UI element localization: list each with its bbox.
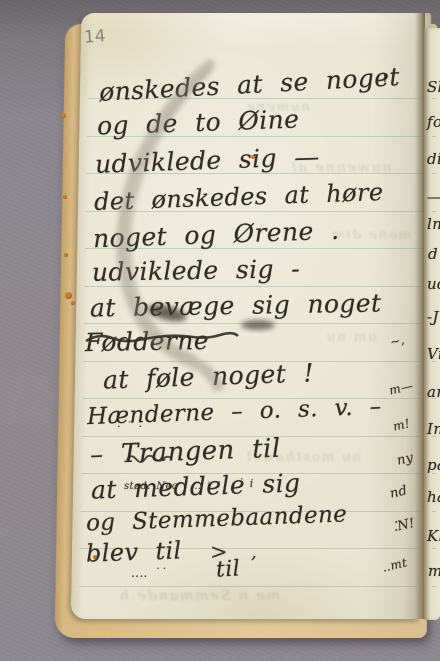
facing-page-text-fragment: pa <box>427 456 440 474</box>
rust-spot <box>64 253 68 257</box>
notebook-page <box>71 13 432 619</box>
facing-page-text-fragment: m <box>428 562 440 580</box>
facing-page-text-fragment: fo <box>427 113 440 131</box>
ruled-line <box>88 98 426 99</box>
facing-page-text-fragment: — <box>427 188 440 206</box>
ruled-line <box>87 136 425 137</box>
facing-page-text-fragment: ln <box>427 215 440 233</box>
ruled-line <box>79 586 417 587</box>
notebook-photograph: 14 numenenuwenne almone dimum nunu mosth… <box>0 0 440 661</box>
ruled-line <box>85 286 423 287</box>
ruled-line <box>82 436 420 437</box>
facing-page-text-fragment: ud <box>427 275 440 293</box>
rust-spot <box>61 113 66 118</box>
ruled-line <box>80 548 418 549</box>
ruled-line <box>83 361 421 362</box>
ruled-line <box>86 211 424 212</box>
ruled-line <box>81 511 419 512</box>
rust-spot <box>93 555 97 559</box>
facing-page-text-fragment: Sl <box>427 78 440 96</box>
facing-page-text-fragment: d <box>428 245 438 263</box>
facing-page-text-fragment: Vi <box>427 345 440 363</box>
facing-page-text-fragment: ha <box>427 488 440 506</box>
facing-text-fragments: Slfodi—lndud-JVianInpahaKlm <box>424 28 440 620</box>
facing-page-text-fragment: di <box>427 150 440 168</box>
page-number: 14 <box>83 26 106 47</box>
ruled-line <box>83 398 421 399</box>
rust-spot <box>71 301 75 305</box>
rust-spot <box>251 155 255 159</box>
facing-page-text-fragment: In <box>427 420 440 438</box>
rust-spot <box>65 292 72 299</box>
ruled-line <box>85 248 423 249</box>
rust-spot <box>63 195 67 199</box>
facing-page-strip: Slfodi—lndud-JVianInpahaKlm <box>424 28 440 620</box>
ruled-line <box>86 173 424 174</box>
facing-page-text-fragment: an <box>427 383 440 401</box>
ruled-line <box>84 323 422 324</box>
ruled-line <box>81 473 419 474</box>
facing-page-text-fragment: -J <box>427 308 439 326</box>
facing-page-text-fragment: Kl <box>427 527 440 545</box>
